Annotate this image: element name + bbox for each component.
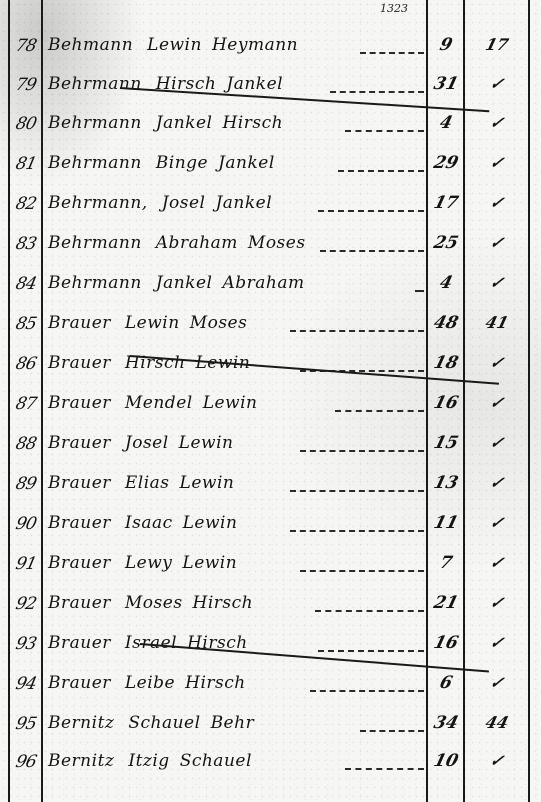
- age-value: 18: [428, 353, 465, 373]
- leader-dots: [345, 130, 424, 132]
- table-row: 96BernitzItzigSchauel10✓: [0, 746, 541, 784]
- given-name: Josel: [125, 433, 169, 453]
- leader-dots: [330, 91, 424, 93]
- entry-name: BrauerJoselLewin: [48, 433, 233, 453]
- surname: Bernitz: [48, 713, 114, 733]
- remark-value: ✓: [470, 393, 525, 412]
- surname: Brauer: [48, 433, 111, 453]
- surname: Brauer: [48, 673, 111, 693]
- age-value: 34: [428, 713, 465, 733]
- folio-number: 1323: [380, 2, 408, 15]
- leader-dots: [415, 290, 424, 292]
- entry-number: 95: [14, 714, 46, 734]
- table-row: 92BrauerMosesHirsch21✓: [0, 588, 541, 626]
- leader-dots: [360, 52, 424, 54]
- given-name: Itzig: [128, 751, 169, 771]
- leader-dots: [360, 730, 424, 732]
- leader-dots: [318, 210, 424, 212]
- age-value: 29: [428, 153, 465, 173]
- entry-name: BernitzItzigSchauel: [48, 751, 252, 771]
- entry-name: BrauerLeibeHirsch: [48, 673, 246, 693]
- age-value: 4: [428, 113, 465, 133]
- entry-name: BrauerIsaacLewin: [48, 513, 237, 533]
- given-name: Lewin: [125, 313, 180, 333]
- father-name: Jankel: [218, 153, 275, 173]
- age-value: 15: [428, 433, 465, 453]
- entry-number: 96: [14, 752, 46, 772]
- surname: Brauer: [48, 473, 111, 493]
- entry-number: 82: [14, 194, 46, 214]
- entry-number: 94: [14, 674, 46, 694]
- table-row: 89BrauerEliasLewin13✓: [0, 468, 541, 506]
- given-name: Lewy: [125, 553, 173, 573]
- table-row: 84BehrmannJankelAbraham4✓: [0, 268, 541, 306]
- entry-number: 79: [14, 75, 46, 95]
- father-name: Moses: [248, 233, 306, 253]
- given-name: Lewin: [147, 35, 202, 55]
- table-row: 95BernitzSchauelBehr3444: [0, 708, 541, 746]
- remark-value: ✓: [470, 593, 525, 612]
- entry-number: 81: [14, 154, 46, 174]
- age-value: 10: [428, 751, 465, 771]
- entry-name: BehmannLewinHeymann: [48, 35, 298, 55]
- surname: Brauer: [48, 313, 111, 333]
- remark-value: ✓: [470, 673, 525, 692]
- surname: Behrmann: [48, 273, 142, 293]
- table-row: 82Behrmann,JoselJankel17✓: [0, 188, 541, 226]
- entry-number: 83: [14, 234, 46, 254]
- remark-value: 17: [470, 35, 525, 54]
- entry-name: BehrmannJankelAbraham: [48, 273, 305, 293]
- father-name: Abraham: [222, 273, 304, 293]
- remark-value: ✓: [470, 74, 525, 93]
- leader-dots: [320, 250, 424, 252]
- remark-value: ✓: [470, 193, 525, 212]
- entry-name: BernitzSchauelBehr: [48, 713, 254, 733]
- leader-dots: [335, 410, 424, 412]
- leader-dots: [338, 170, 424, 172]
- entry-number: 92: [14, 594, 46, 614]
- remark-value: ✓: [470, 633, 525, 652]
- father-name: Hirsch: [193, 593, 254, 613]
- entry-name: BrauerLewyLewin: [48, 553, 237, 573]
- father-name: Hirsch: [222, 113, 283, 133]
- father-name: Schauel: [180, 751, 252, 771]
- entry-name: BrauerMendelLewin: [48, 393, 257, 413]
- age-value: 7: [428, 553, 465, 573]
- given-name: Abraham: [156, 233, 238, 253]
- age-value: 17: [428, 193, 465, 213]
- entry-number: 84: [14, 274, 46, 294]
- father-name: Lewin: [203, 393, 258, 413]
- entry-number: 88: [14, 434, 46, 454]
- entry-number: 86: [14, 354, 46, 374]
- entry-number: 85: [14, 314, 46, 334]
- given-name: Josel: [162, 193, 206, 213]
- age-value: 16: [428, 633, 465, 653]
- table-row: 94BrauerLeibeHirsch6✓: [0, 668, 541, 706]
- given-name: Elias: [125, 473, 170, 493]
- entry-number: 93: [14, 634, 46, 654]
- father-name: Lewin: [183, 513, 238, 533]
- leader-dots: [290, 330, 424, 332]
- leader-dots: [300, 450, 424, 452]
- entry-name: BrauerLewinMoses: [48, 313, 247, 333]
- age-value: 4: [428, 273, 465, 293]
- father-name: Hirsch: [185, 673, 246, 693]
- surname: Behrmann,: [48, 193, 148, 213]
- given-name: Jankel: [156, 273, 213, 293]
- surname: Behmann: [48, 35, 133, 55]
- table-row: 83BehrmannAbrahamMoses25✓: [0, 228, 541, 266]
- table-row: 81BehrmannBingeJankel29✓: [0, 148, 541, 186]
- remark-value: ✓: [470, 273, 525, 292]
- age-value: 16: [428, 393, 465, 413]
- remark-value: 41: [470, 313, 525, 332]
- age-value: 13: [428, 473, 465, 493]
- table-row: 90BrauerIsaacLewin11✓: [0, 508, 541, 546]
- entry-number: 89: [14, 474, 46, 494]
- entry-name: Behrmann,JoselJankel: [48, 193, 272, 213]
- surname: Bernitz: [48, 751, 114, 771]
- leader-dots: [318, 650, 424, 652]
- surname: Brauer: [48, 393, 111, 413]
- given-name: Mendel: [125, 393, 193, 413]
- entry-name: BehrmannAbrahamMoses: [48, 233, 306, 253]
- father-name: Lewin: [179, 433, 234, 453]
- remark-value: ✓: [470, 433, 525, 452]
- age-value: 48: [428, 313, 465, 333]
- table-row: 91BrauerLewyLewin7✓: [0, 548, 541, 586]
- entry-number: 78: [14, 36, 46, 56]
- surname: Behrmann: [48, 74, 142, 94]
- table-row: 88BrauerJoselLewin15✓: [0, 428, 541, 466]
- register-page: 1323 78BehmannLewinHeymann91779BehrmannH…: [0, 0, 541, 802]
- age-value: 21: [428, 593, 465, 613]
- remark-value: 44: [470, 713, 525, 732]
- table-row: 80BehrmannJankelHirsch4✓: [0, 108, 541, 146]
- entry-number: 87: [14, 394, 46, 414]
- remark-value: ✓: [470, 473, 525, 492]
- father-name: Lewin: [180, 473, 235, 493]
- age-value: 31: [428, 74, 465, 94]
- leader-dots: [300, 570, 424, 572]
- remark-value: ✓: [470, 233, 525, 252]
- age-value: 25: [428, 233, 465, 253]
- leader-dots: [315, 610, 424, 612]
- given-name: Leibe: [125, 673, 175, 693]
- surname: Brauer: [48, 513, 111, 533]
- surname: Brauer: [48, 633, 111, 653]
- entry-name: BrauerMosesHirsch: [48, 593, 253, 613]
- father-name: Moses: [190, 313, 248, 333]
- remark-value: ✓: [470, 553, 525, 572]
- leader-dots: [290, 490, 424, 492]
- surname: Brauer: [48, 553, 111, 573]
- surname: Behrmann: [48, 233, 142, 253]
- table-row: 93BrauerIsraelHirsch16✓: [0, 628, 541, 666]
- remark-value: ✓: [470, 751, 525, 770]
- entry-number: 80: [14, 114, 46, 134]
- given-name: Isaac: [125, 513, 173, 533]
- age-value: 6: [428, 673, 465, 693]
- father-name: Jankel: [226, 74, 283, 94]
- remark-value: ✓: [470, 353, 525, 372]
- remark-value: ✓: [470, 113, 525, 132]
- father-name: Jankel: [215, 193, 272, 213]
- surname: Behrmann: [48, 153, 142, 173]
- entry-name: BehrmannBingeJankel: [48, 153, 275, 173]
- father-name: Heymann: [212, 35, 298, 55]
- father-name: Lewin: [182, 553, 237, 573]
- age-value: 11: [428, 513, 465, 533]
- entry-number: 91: [14, 554, 46, 574]
- age-value: 9: [428, 35, 465, 55]
- given-name: Jankel: [156, 113, 213, 133]
- entry-name: BehrmannJankelHirsch: [48, 113, 283, 133]
- remark-value: ✓: [470, 153, 525, 172]
- given-name: Moses: [125, 593, 183, 613]
- leader-dots: [345, 768, 424, 770]
- surname: Brauer: [48, 353, 111, 373]
- leader-dots: [310, 690, 424, 692]
- entry-number: 90: [14, 514, 46, 534]
- table-row: 78BehmannLewinHeymann917: [0, 30, 541, 68]
- leader-dots: [290, 530, 424, 532]
- given-name: Schauel: [128, 713, 200, 733]
- table-row: 79BehrmannHirschJankel31✓: [0, 69, 541, 107]
- surname: Behrmann: [48, 113, 142, 133]
- father-name: Behr: [211, 713, 255, 733]
- table-row: 85BrauerLewinMoses4841: [0, 308, 541, 346]
- remark-value: ✓: [470, 513, 525, 532]
- entry-name: BrauerEliasLewin: [48, 473, 234, 493]
- table-row: 87BrauerMendelLewin16✓: [0, 388, 541, 426]
- surname: Brauer: [48, 593, 111, 613]
- given-name: Binge: [156, 153, 208, 173]
